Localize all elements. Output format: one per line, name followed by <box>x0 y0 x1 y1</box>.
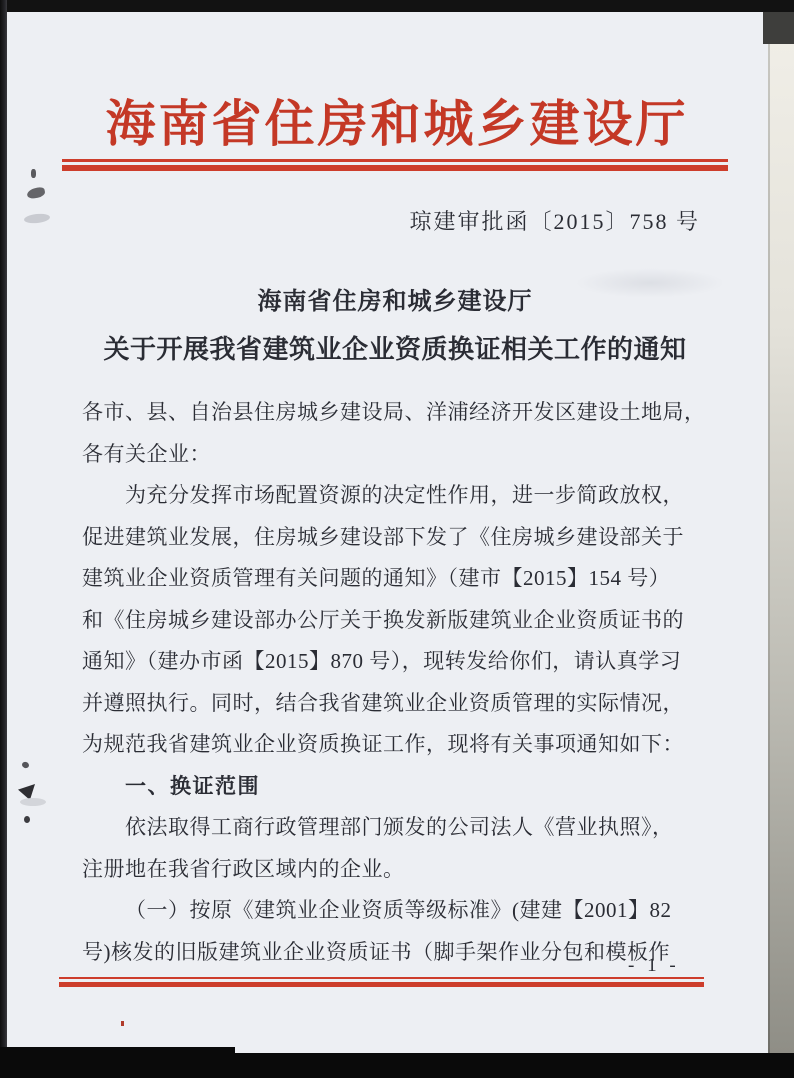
body-text-line: 一、换证范围 <box>82 766 724 808</box>
body-text-line: 依法取得工商行政管理部门颁发的公司法人《营业执照》， <box>82 807 724 849</box>
letterhead-divider-thin-line <box>62 159 728 162</box>
footer-divider <box>59 977 704 987</box>
body-text-line: 各有关企业： <box>82 434 724 476</box>
document-reference-number: 琼建审批函〔2015〕758 号 <box>409 205 700 236</box>
scan-border-bottom-left <box>0 1047 235 1078</box>
smudge-highlight-lower <box>20 798 46 806</box>
scan-border-top <box>0 0 794 12</box>
body-text-line: 为规范我省建筑业企业资质换证工作，现将有关事项通知如下： <box>82 724 724 766</box>
scan-border-left <box>0 0 7 1078</box>
scan-right-background <box>770 11 794 1053</box>
footer-divider-thin-line <box>59 977 704 979</box>
letterhead-agency-name: 海南省住房和城乡建设厅 <box>40 84 754 156</box>
body-text-line: （一）按原《建筑业企业资质等级标准》(建建【2001】82 <box>82 890 724 932</box>
body-text-line: 并遵照执行。同时，结合我省建筑业企业资质管理的实际情况， <box>82 683 724 725</box>
smudge-dot-upper <box>31 169 36 178</box>
page-number: - 1 - <box>628 955 680 977</box>
document-body: 各市、县、自治县住房城乡建设局、洋浦经济开发区建设土地局，各有关企业：为充分发挥… <box>82 392 724 973</box>
smudge-dot-lower-2 <box>24 816 30 823</box>
footer-divider-thick-line <box>59 982 704 987</box>
body-text-line: 建筑业企业资质管理有关问题的通知》（建市【2015】154 号） <box>82 558 724 600</box>
document-title-line2: 关于开展我省建筑业企业资质换证相关工作的通知 <box>40 329 750 366</box>
body-text-line: 和《住房城乡建设部办公厅关于换发新版建筑业企业资质证书的 <box>82 600 724 642</box>
letterhead-divider <box>62 159 728 171</box>
red-ink-speck <box>121 1021 124 1026</box>
body-text-line: 注册地在我省行政区域内的企业。 <box>82 849 724 891</box>
body-text-line: 促进建筑业发展，住房城乡建设部下发了《住房城乡建设部关于 <box>82 517 724 559</box>
body-text-line: 各市、县、自治县住房城乡建设局、洋浦经济开发区建设土地局， <box>82 392 724 434</box>
body-text-line: 为充分发挥市场配置资源的决定性作用，进一步简政放权， <box>82 475 724 517</box>
letterhead-divider-thick-line <box>62 165 728 171</box>
body-text-line: 通知》（建办市函【2015】870 号），现转发给你们，请认真学习 <box>82 641 724 683</box>
page-bleed-through <box>575 268 725 298</box>
